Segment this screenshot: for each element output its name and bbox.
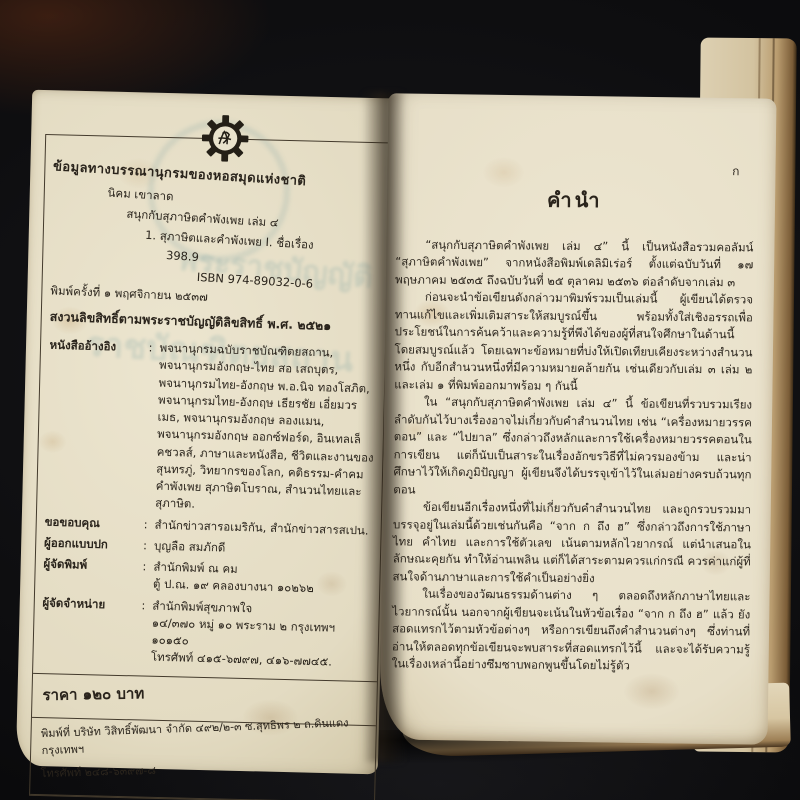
preface-paragraph: ในเรื่องของวัฒนธรรมด้านต่าง ๆ ตลอดถึงหลั… <box>392 586 751 676</box>
field-label: ผู้จัดพิมพ์ <box>43 555 136 592</box>
left-page: พระราชบัญญัติ ราชบัณฑิตยสถาน <box>16 90 394 775</box>
field-distributor: ผู้จัดจำหน่าย : สำนักพิมพ์สุขภาพใจ ๑๔/๓๗… <box>41 594 371 672</box>
printer-row: พิมพ์ที่ บริษัท วิสิทธิ์พัฒนา จำกัด ๔๙๒/… <box>30 717 376 800</box>
field-label: ผู้จัดจำหน่าย <box>41 594 135 666</box>
field-label: หนังสืออ้างอิง <box>45 336 142 511</box>
national-library-gear-icon <box>195 109 254 168</box>
preface-section: คำนำ “สนุกกับสุภาษิตคำพังเพย เล่ม ๔” นี้… <box>392 182 754 676</box>
field-value: พจนานุกรมฉบับราชบัณฑิตยสถาน, พจนานุกรมอั… <box>155 339 378 518</box>
printer-line: พิมพ์ที่ บริษัท วิสิทธิ์พัฒนา จำกัด ๔๙๒/… <box>41 715 366 759</box>
field-colon: : <box>136 537 154 555</box>
field-colon: : <box>133 596 153 665</box>
preface-paragraph: “สนุกกับสุภาษิตคำพังเพย เล่ม ๔” นี้ เป็น… <box>395 236 753 292</box>
right-page: ก คำนำ “สนุกกับสุภาษิตคำพังเพย เล่ม ๔” น… <box>380 93 777 744</box>
book-photo: พระราชบัญญัติ ราชบัณฑิตยสถาน <box>0 0 800 800</box>
preface-paragraph: ข้อเขียนอีกเรื่องหนึ่งที่ไม่เกี่ยวกับคำส… <box>392 498 751 588</box>
copyright-line: สงวนลิขสิทธิ์ตามพระราชบัญญัติลิขสิทธิ์ พ… <box>49 308 377 338</box>
price-text: ราคา ๑๒๐ บาท <box>42 679 366 707</box>
preface-paragraph: ใน “สนุกกับสุภาษิตคำพังเพย เล่ม ๔” นี้ ข… <box>393 394 752 502</box>
field-value: บุญลือ สมภักดี <box>154 537 372 560</box>
field-value: สำนักข่าวสารอเมริกัน, สำนักข่าวสารสเปน. <box>154 516 372 539</box>
cip-fields: หนังสืออ้างอิง : พจนานุกรมฉบับราชบัณฑิตย… <box>41 336 378 672</box>
field-references: หนังสืออ้างอิง : พจนานุกรมฉบับราชบัณฑิตย… <box>45 336 378 518</box>
field-publisher: ผู้จัดพิมพ์ : สำนักพิมพ์ ณ คม ตู้ ป.ณ. ๑… <box>43 555 372 599</box>
printer-phone: โทรศัพท์ ๒๔๘-๖๓๙๗-๘ <box>40 757 364 783</box>
cip-data-box: ข้อมูลทางบรรณานุกรมของหอสมุดแห่งชาติ นิค… <box>29 134 391 800</box>
cip-top-block: ข้อมูลทางบรรณานุกรมของหอสมุดแห่งชาติ นิค… <box>47 157 382 296</box>
page-number: ก <box>732 162 740 181</box>
preface-paragraph: ก่อนจะนำข้อเขียนดังกล่าวมาพิมพ์รวมเป็นเล… <box>394 289 753 397</box>
field-colon: : <box>135 558 154 593</box>
field-colon: : <box>136 515 154 533</box>
field-value: สำนักพิมพ์สุขภาพใจ ๑๔/๓๗๐ หมู่ ๑๐ พระราม… <box>151 597 371 672</box>
field-label: ขอขอบคุณ <box>44 513 136 533</box>
preface-heading: คำนำ <box>396 182 754 217</box>
field-value: สำนักพิมพ์ ณ คม ตู้ ป.ณ. ๑๙ คลองบางนา ๑๐… <box>153 558 372 599</box>
field-label: ผู้ออกแบบปก <box>44 534 136 554</box>
